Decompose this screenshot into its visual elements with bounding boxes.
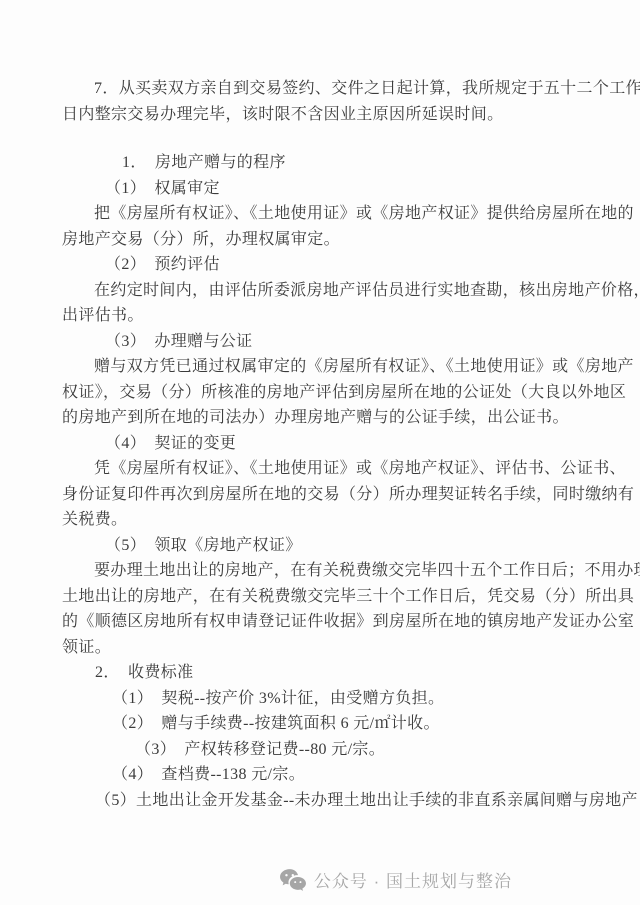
document-body: 7．从买卖双方亲自到交易签约、交件之日起计算，我所规定于五十二个工作日内整宗交易… [62, 76, 556, 813]
text-line: （4） 契证的变更 [62, 431, 556, 457]
text-line: （1） 权属审定 [62, 176, 556, 202]
text-line: 2． 收费标准 [62, 660, 556, 686]
text-line: 权证》，交易（分）所核准的房地产评估到房屋所在地的公证处（大良以外地区 [62, 380, 556, 406]
text-line: （5）土地出让金开发基金--未办理土地出让手续的非直系亲属间赠与房地产 [62, 788, 556, 814]
text-line: 关税费。 [62, 507, 556, 533]
watermark-footer: 公众号 · 国土规划与整治 [279, 867, 512, 892]
text-line: 把《房屋所有权证》、《土地使用证》或《房地产权证》提供给房屋所在地的 [62, 201, 556, 227]
text-line: 要办理土地出让的房地产，在有关税费缴交完毕四十五个工作日后；不用办理 [62, 558, 556, 584]
text-line: 出评估书。 [62, 303, 556, 329]
text-line: 日内整宗交易办理完毕，该时限不含因业主原因所延误时间。 [62, 102, 556, 128]
text-line: 土地出让的房地产，在有关税费缴交完毕三十个工作日后，凭交易（分）所出具 [62, 584, 556, 610]
document-page: 7．从买卖双方亲自到交易签约、交件之日起计算，我所规定于五十二个工作日内整宗交易… [0, 0, 640, 905]
text-line: 凭《房屋所有权证》、《土地使用证》或《房地产权证》、评估书、公证书、 [62, 456, 556, 482]
text-line: 身份证复印件再次到房屋所在地的交易（分）所办理契证转名手续，同时缴纳有 [62, 482, 556, 508]
text-line: （2） 预约评估 [62, 252, 556, 278]
watermark-label: 公众号 · 国土规划与整治 [314, 867, 512, 892]
text-line: （4） 查档费--138 元/宗。 [62, 762, 556, 788]
text-line: （2） 赠与手续费--按建筑面积 6 元/㎡计收。 [62, 711, 556, 737]
text-line: （3） 办理赠与公证 [62, 329, 556, 355]
text-line: 7．从买卖双方亲自到交易签约、交件之日起计算，我所规定于五十二个工作 [62, 76, 556, 102]
text-line: 房地产交易（分）所，办理权属审定。 [62, 227, 556, 253]
text-line: 的《顺德区房地所有权申请登记证件收据》到房屋所在地的镇房地产发证办公室 [62, 609, 556, 635]
text-line: 的房地产到所在地的司法办）办理房地产赠与的公证手续，出公证书。 [62, 405, 556, 431]
text-line: 赠与双方凭已通过权属审定的《房屋所有权证》、《土地使用证》或《房地产 [62, 354, 556, 380]
wechat-icon [279, 868, 307, 892]
text-line: （1） 契税--按产价 3%计征，由受赠方负担。 [62, 686, 556, 712]
text-line: （3） 产权转移登记费--80 元/宗。 [62, 737, 556, 763]
text-line: 在约定时间内，由评估所委派房地产评估员进行实地查勘，核出房地产价格， [62, 278, 556, 304]
text-line: 领证。 [62, 635, 556, 661]
text-line: 1． 房地产赠与的程序 [62, 150, 556, 176]
text-line: （5） 领取《房地产权证》 [62, 533, 556, 559]
